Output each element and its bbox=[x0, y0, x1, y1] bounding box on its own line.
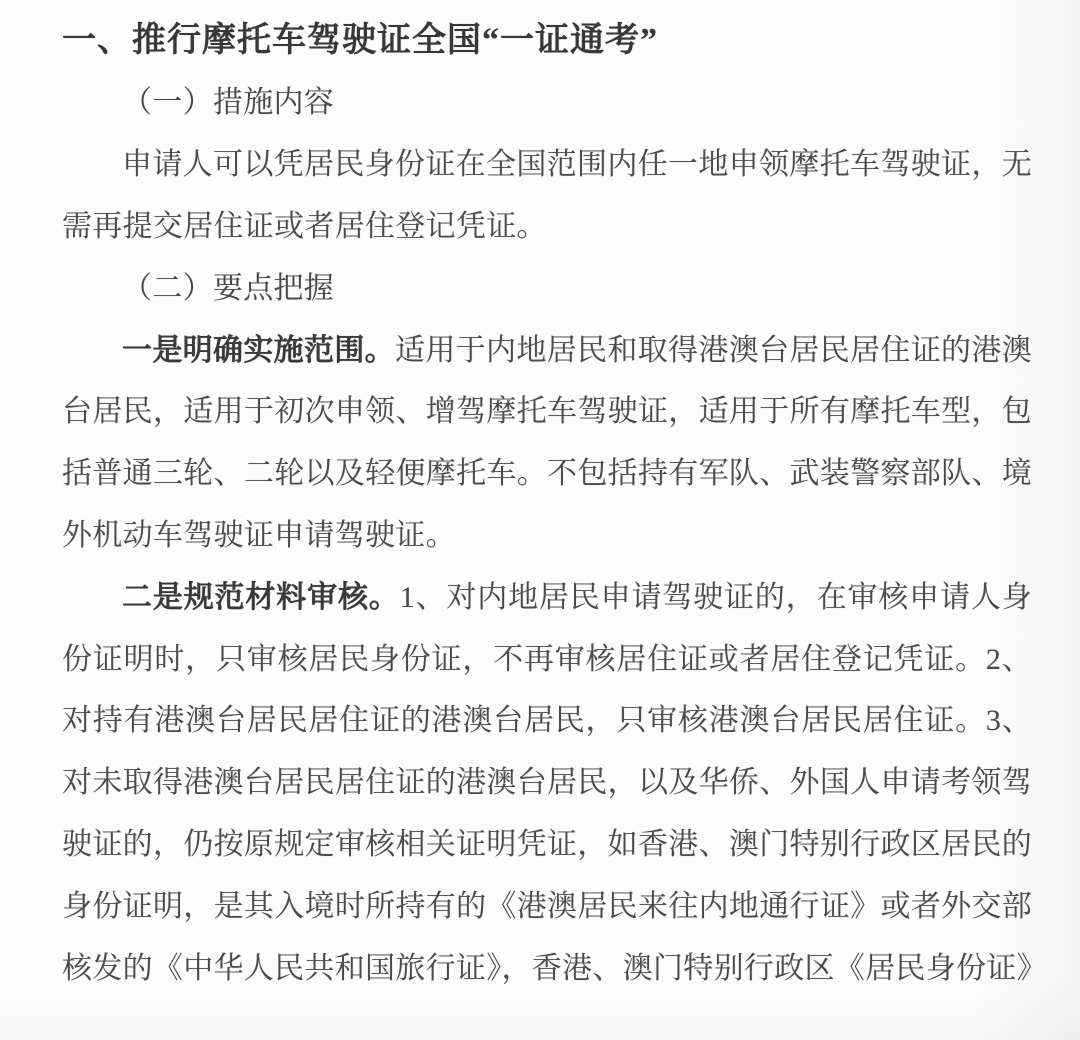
section-1-paragraph: 申请人可以凭居民身份证在全国范围内任一地申领摩托车驾驶证，无需再提交居住证或者居… bbox=[62, 134, 1032, 258]
paragraph-text: 申请人可以凭居民身份证在全国范围内任一地申领摩托车驾驶证，无需再提交居住证或者居… bbox=[62, 148, 1032, 243]
section-1-heading: （一）措施内容 bbox=[62, 72, 1032, 134]
paragraph-text: 1、对内地居民申请驾驶证的，在审核申请人身份证明时，只审核居民身份证，不再审核居… bbox=[62, 581, 1047, 985]
section-2-heading: （二）要点把握 bbox=[62, 258, 1032, 320]
paragraph-lead: 一是明确实施范围。 bbox=[122, 334, 395, 367]
document-page: 一、推行摩托车驾驶证全国“一证通考” （一）措施内容 申请人可以凭居民身份证在全… bbox=[0, 0, 1080, 1040]
document-title: 一、推行摩托车驾驶证全国“一证通考” bbox=[62, 10, 1032, 72]
section-2-paragraph-2: 二是规范材料审核。1、对内地居民申请驾驶证的，在审核申请人身份证明时，只审核居民… bbox=[62, 567, 1032, 1000]
section-2-paragraph-1: 一是明确实施范围。适用于内地居民和取得港澳台居民居住证的港澳台居民，适用于初次申… bbox=[62, 320, 1032, 567]
paragraph-lead: 二是规范材料审核。 bbox=[122, 581, 400, 614]
